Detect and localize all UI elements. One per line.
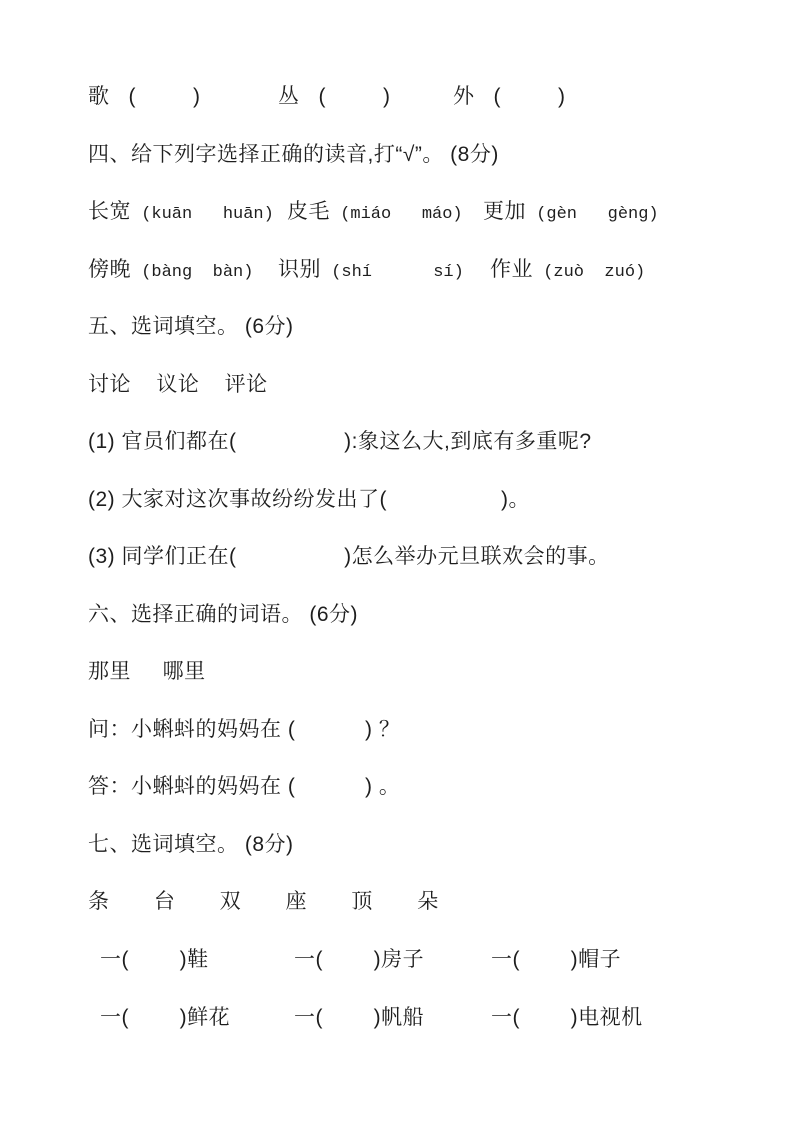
section5-options: 讨论 议论 评论 xyxy=(88,371,268,399)
pinyin-choice-item: 识别 (shí sí) xyxy=(278,256,464,287)
word-options-row: 条 台 双 座 顶 朵 xyxy=(0,888,793,916)
section5-heading: 五、选词填空。 (6分) xyxy=(88,313,294,341)
fill-blank-sentence: (2) 大家对这次事故纷纷发出了( )。 xyxy=(88,486,530,514)
fill-blank-sentence-row: (2) 大家对这次事故纷纷发出了( )。 xyxy=(0,486,793,514)
char-blank-item: 歌 ( ) xyxy=(88,83,201,111)
section6-options: 那里 哪里 xyxy=(88,658,206,686)
section6-heading: 六、选择正确的词语。 (6分) xyxy=(88,601,358,629)
section5-heading-row: 五、选词填空。 (6分) xyxy=(0,313,793,341)
pinyin-choice-item: 作业 (zuò zuó) xyxy=(490,256,645,287)
word-text: 皮毛 xyxy=(287,200,330,223)
pinyin-choice-item: 傍晚 (bàng bàn) xyxy=(88,256,253,287)
word-options-row: 那里 哪里 xyxy=(0,658,793,686)
question-row: 问：小蝌蚪的妈妈在 ( ) ？ xyxy=(0,716,793,744)
section6-heading-row: 六、选择正确的词语。 (6分) xyxy=(0,601,793,629)
fill-blank-sentence: (3) 同学们正在( )怎么举办元旦联欢会的事。 xyxy=(88,543,610,571)
word-text: 傍晚 xyxy=(88,258,131,281)
fill-blank-sentence: (1) 官员们都在( ):象这么大,到底有多重呢? xyxy=(88,428,592,456)
pinyin-options: (zuò zuó) xyxy=(533,263,645,282)
char-blank-item: 丛 ( ) xyxy=(278,83,391,111)
measure-word-item: 一( )电视机 xyxy=(491,1004,643,1032)
measure-word-item: 一( )鲜花 xyxy=(100,1004,230,1032)
measure-word-item: 一( )帽子 xyxy=(491,946,621,974)
pinyin-choice-item: 长宽 (kuān huān) xyxy=(88,198,274,229)
section4-heading: 四、给下列字选择正确的读音,打“√”。 (8分) xyxy=(88,141,499,169)
section4-heading-row: 四、给下列字选择正确的读音,打“√”。 (8分) xyxy=(0,141,793,169)
answer-line: 答：小蝌蚪的妈妈在 ( ) 。 xyxy=(88,773,400,801)
word-text: 作业 xyxy=(490,258,533,281)
measure-word-row: 一( )鲜花 一( )帆船 一( )电视机 xyxy=(0,1004,793,1032)
word-text: 更加 xyxy=(483,200,526,223)
word-text: 长宽 xyxy=(88,200,131,223)
pinyin-choice-item: 更加 (gèn gèng) xyxy=(483,198,659,229)
pinyin-options: (bàng bàn) xyxy=(131,263,253,282)
pinyin-options: (gèn gèng) xyxy=(526,205,659,224)
pinyin-options: (kuān huān) xyxy=(131,205,274,224)
measure-word-item: 一( )鞋 xyxy=(100,946,209,974)
pinyin-choice-item: 皮毛 (miáo máo) xyxy=(287,198,463,229)
measure-word-row: 一( )鞋 一( )房子 一( )帽子 xyxy=(0,946,793,974)
pinyin-choice-row: 傍晚 (bàng bàn) 识别 (shí sí) 作业 (zuò zuó) xyxy=(0,256,793,284)
section7-options: 条 台 双 座 顶 朵 xyxy=(88,888,439,916)
character-blank-row: 歌 ( ) 丛 ( ) 外 ( ) xyxy=(0,83,793,111)
pinyin-options: (shí sí) xyxy=(321,263,464,282)
question-line: 问：小蝌蚪的妈妈在 ( ) ？ xyxy=(88,716,400,744)
answer-row: 答：小蝌蚪的妈妈在 ( ) 。 xyxy=(0,773,793,801)
word-options-row: 讨论 议论 评论 xyxy=(0,371,793,399)
fill-blank-sentence-row: (3) 同学们正在( )怎么举办元旦联欢会的事。 xyxy=(0,543,793,571)
measure-word-item: 一( )帆船 xyxy=(294,1004,424,1032)
section7-heading: 七、选词填空。 (8分) xyxy=(88,831,294,859)
word-text: 识别 xyxy=(278,258,321,281)
pinyin-options: (miáo máo) xyxy=(330,205,463,224)
fill-blank-sentence-row: (1) 官员们都在( ):象这么大,到底有多重呢? xyxy=(0,428,793,456)
section7-heading-row: 七、选词填空。 (8分) xyxy=(0,831,793,859)
pinyin-choice-row: 长宽 (kuān huān) 皮毛 (miáo máo) 更加 (gèn gèn… xyxy=(0,198,793,226)
char-blank-item: 外 ( ) xyxy=(453,83,566,111)
measure-word-item: 一( )房子 xyxy=(294,946,424,974)
worksheet-page: 歌 ( ) 丛 ( ) 外 ( ) 四、给下列字选择正确的读音,打“√”。 (8… xyxy=(0,0,793,1122)
